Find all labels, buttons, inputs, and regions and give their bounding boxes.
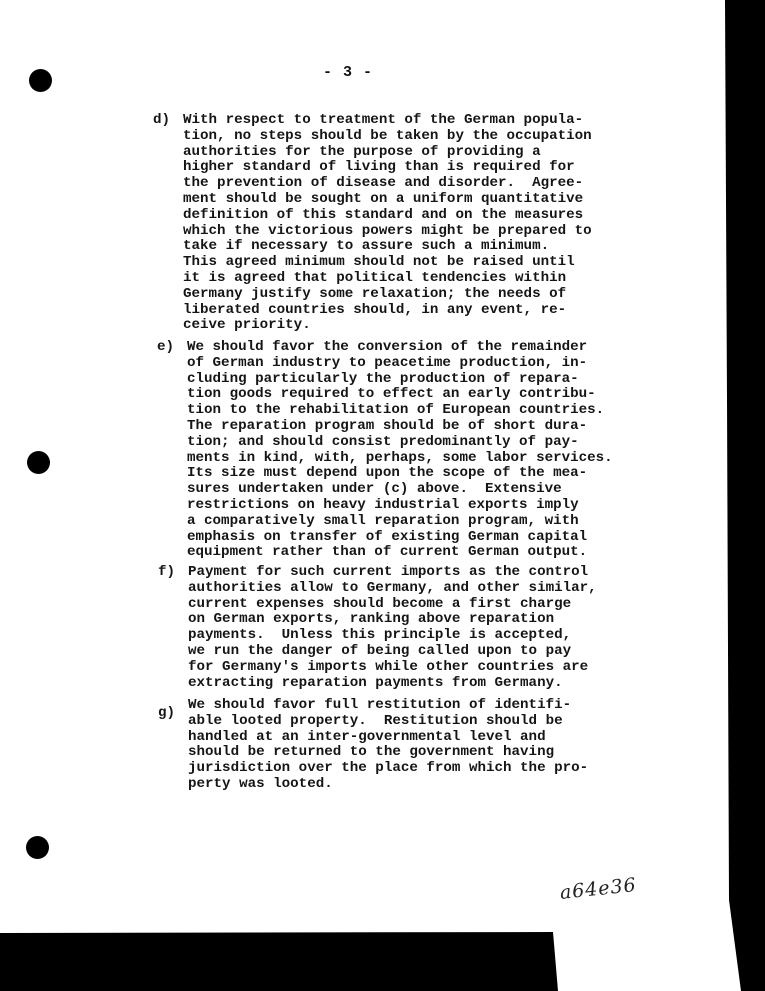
text-line: tion to the rehabilitation of European c… [187,403,613,419]
text-line: Its size must depend upon the scope of t… [187,466,613,482]
document-page: - 3 - d) With respect to treatment of th… [0,0,765,991]
text-line: We should favor full restitution of iden… [188,698,588,714]
text-line: equipment rather than of current German … [187,545,613,561]
text-line: Germany justify some relaxation; the nee… [183,287,592,303]
text-line: it is agreed that political tendencies w… [183,271,592,287]
text-line: emphasis on transfer of existing German … [187,530,613,546]
page-number: - 3 - [323,64,373,81]
text-line: Payment for such current imports as the … [188,565,597,581]
punch-hole-top [29,69,52,92]
paragraph-body: Payment for such current imports as the … [188,565,597,691]
punch-hole-bottom [26,836,49,859]
text-line: authorities for the purpose of providing… [183,145,592,161]
text-line: sures undertaken under (c) above. Extens… [187,482,613,498]
text-line: ceive priority. [183,318,592,334]
text-line: This agreed minimum should not be raised… [183,255,592,271]
paragraph-body: We should favor full restitution of iden… [188,698,588,793]
text-line: for Germany's imports while other countr… [188,660,597,676]
text-line: on German exports, ranking above reparat… [188,612,597,628]
text-line: of German industry to peacetime producti… [187,356,613,372]
paragraph-label: e) [157,340,174,356]
text-line: jurisdiction over the place from which t… [188,761,588,777]
text-line: extracting reparation payments from Germ… [188,676,597,692]
handwritten-note: a64e36 [559,874,638,904]
text-line: restrictions on heavy industrial exports… [187,498,613,514]
text-line: higher standard of living than is requir… [183,160,592,176]
paragraph-body: With respect to treatment of the German … [183,113,592,334]
text-line: perty was looted. [188,777,588,793]
text-line: definition of this standard and on the m… [183,208,592,224]
punch-hole-middle [27,451,50,474]
text-line: should be returned to the government hav… [188,745,588,761]
text-line: able looted property. Restitution should… [188,714,588,730]
paragraph-label: f) [158,565,175,581]
text-line: With respect to treatment of the German … [183,113,592,129]
text-line: tion goods required to effect an early c… [187,387,613,403]
paragraph-label: g) [158,706,175,722]
text-line: cluding particularly the production of r… [187,372,613,388]
text-line: payments. Unless this principle is accep… [188,628,597,644]
text-line: ments in kind, with, perhaps, some labor… [187,451,613,467]
text-line: liberated countries should, in any event… [183,303,592,319]
text-line: The reparation program should be of shor… [187,419,613,435]
text-line: a comparatively small reparation program… [187,514,613,530]
paragraph-label: d) [153,113,170,129]
text-line: handled at an inter-governmental level a… [188,730,588,746]
text-line: tion; and should consist predominantly o… [187,435,613,451]
text-line: current expenses should become a first c… [188,597,597,613]
text-line: tion, no steps should be taken by the oc… [183,129,592,145]
text-line: which the victorious powers might be pre… [183,224,592,240]
text-line: We should favor the conversion of the re… [187,340,613,356]
text-line: authorities allow to Germany, and other … [188,581,597,597]
text-line: we run the danger of being called upon t… [188,644,597,660]
paragraph-body: We should favor the conversion of the re… [187,340,613,561]
text-line: the prevention of disease and disorder. … [183,176,592,192]
text-line: take if necessary to assure such a minim… [183,239,592,255]
text-line: ment should be sought on a uniform quant… [183,192,592,208]
